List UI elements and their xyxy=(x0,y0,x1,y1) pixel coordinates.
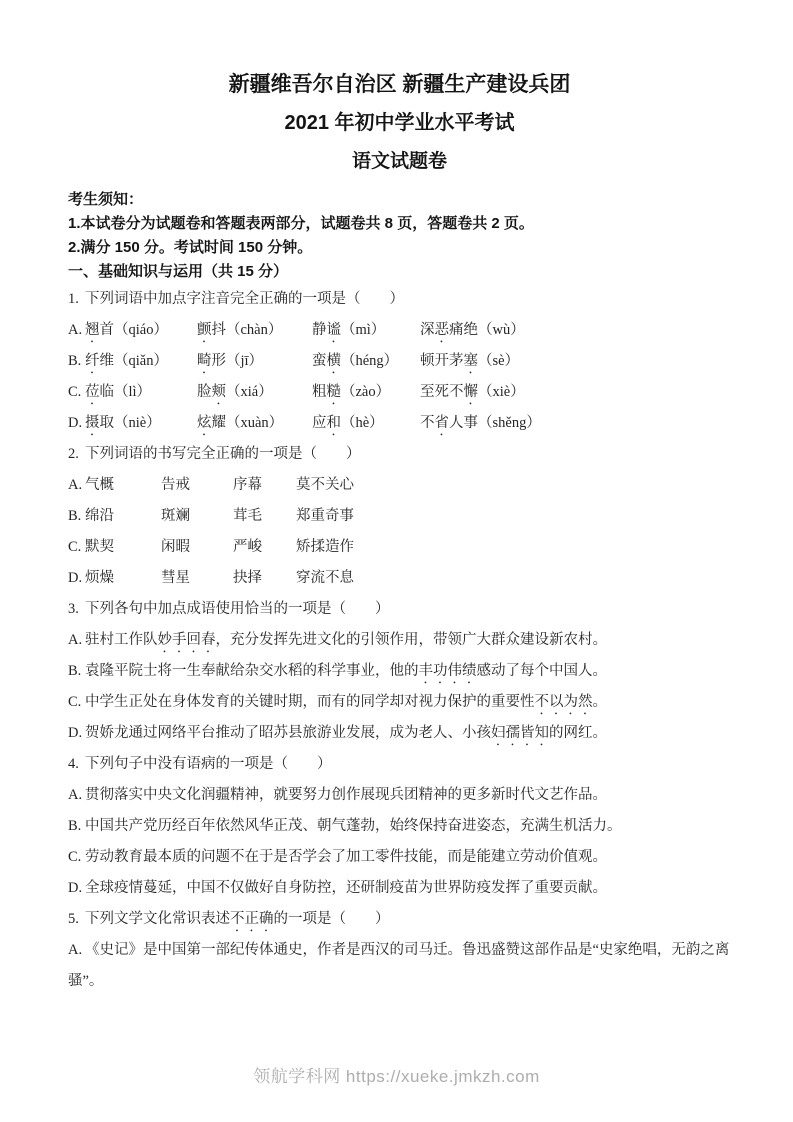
text-run: 的一项是（ ） xyxy=(274,911,390,927)
option-item: 气概 xyxy=(85,470,161,501)
option-item: 纤维（qiǎn） xyxy=(85,346,197,377)
option-item: 彗星 xyxy=(161,563,233,594)
question-stem: 2.下列词语的书写完全正确的一项是（ ） xyxy=(68,439,731,470)
text-run: 深 xyxy=(420,322,435,338)
option-row-C: C.中学生正处在身体发育的关键时期，而有的同学却对视力保护的重要性不以为然。 xyxy=(68,687,731,718)
option-item: 绵沿 xyxy=(85,501,161,532)
text-run: （xiè） xyxy=(478,384,525,400)
text-run: （xiá） xyxy=(226,384,273,400)
text-run: 静 xyxy=(312,322,327,338)
emphasized-text: 颊 xyxy=(212,384,227,400)
option-item: 翘首（qiáo） xyxy=(85,315,197,346)
option-items: 气概告戒序幕莫不关心 xyxy=(85,470,731,501)
text-run: 驻村工作队 xyxy=(85,632,158,648)
exam-header: 新疆维吾尔自治区 新疆生产建设兵团 2021 年初中学业水平考试 语文试题卷 xyxy=(68,66,731,182)
option-item: 告戒 xyxy=(161,470,233,501)
option-item: 静谧（mì） xyxy=(312,315,420,346)
text-run: 至死不 xyxy=(420,384,464,400)
emphasized-text: 丰功伟绩 xyxy=(419,663,477,679)
option-letter: B. xyxy=(68,501,85,532)
emphasized-text: 恶 xyxy=(435,322,450,338)
emphasized-text: 畸 xyxy=(197,353,212,369)
emphasized-text: 翘 xyxy=(85,322,100,338)
emphasized-text: 不以为然 xyxy=(535,694,593,710)
text-run: 莫不关心 xyxy=(296,477,354,493)
emphasized-text: 谧 xyxy=(327,322,342,338)
option-item: 穿流不息 xyxy=(296,563,731,594)
text-run: 告戒 xyxy=(161,477,190,493)
text-run: 下列文学文化常识表述 xyxy=(85,911,230,927)
emphasized-text: 懈 xyxy=(464,384,479,400)
text-run: 斑斓 xyxy=(161,508,190,524)
text-run: 《史记》是中国第一部纪传体通史，作者是西汉的司马迁。鲁迅盛赞这部作品是“史家绝唱… xyxy=(68,942,729,989)
text-run: 气概 xyxy=(85,477,114,493)
option-row-D: D.摄取（niè）炫耀（xuàn）应和（hè）不省人事（shěng） xyxy=(68,408,731,439)
text-run: 应 xyxy=(312,415,327,431)
question-stem: 1.下列词语中加点字注音完全正确的一项是（ ） xyxy=(68,284,731,315)
option-item: 茸毛 xyxy=(233,501,296,532)
text-run: 矫揉造作 xyxy=(296,539,354,555)
option-letter: C. xyxy=(68,687,85,718)
option-items: 摄取（niè）炫耀（xuàn）应和（hè）不省人事（shěng） xyxy=(85,408,731,439)
text-run: 茸毛 xyxy=(233,508,262,524)
text-run: 临（lì） xyxy=(100,384,152,400)
exam-title-line1: 新疆维吾尔自治区 新疆生产建设兵团 xyxy=(68,66,731,104)
text-run: （hè） xyxy=(341,415,384,431)
option-items: 纤维（qiǎn）畸形（jī）蛮横（héng）顿开茅塞（sè） xyxy=(85,346,731,377)
option-item: 应和（hè） xyxy=(312,408,420,439)
option-items: 翘首（qiáo）颤抖（chàn）静谧（mì）深恶痛绝（wù） xyxy=(85,315,731,346)
option-letter: D. xyxy=(68,873,85,904)
option-item: 莫不关心 xyxy=(296,470,731,501)
emphasized-text: 颤 xyxy=(197,322,212,338)
text-run: 绵沿 xyxy=(85,508,114,524)
option-row-C: C.莅临（lì）脸颊（xiá）粗糙（zào）至死不懈（xiè） xyxy=(68,377,731,408)
option-item: 脸颊（xiá） xyxy=(197,377,312,408)
option-row-C: C.默契闲暇严峻矫揉造作 xyxy=(68,532,731,563)
option-row-D: D.全球疫情蔓延，中国不仅做好自身防控，还研制疫苗为世界防疫发挥了重要贡献。 xyxy=(68,873,731,904)
question-number: 1. xyxy=(68,284,85,315)
emphasized-text: 摄 xyxy=(85,415,100,431)
emphasized-text: 糙 xyxy=(327,384,342,400)
text-run: 贯彻落实中央文化润疆精神，就要努力创作展现兵团精神的更多新时代文艺作品。 xyxy=(85,787,607,803)
option-item: 闲暇 xyxy=(161,532,233,563)
option-items: 烦燥彗星抉择穿流不息 xyxy=(85,563,731,594)
question-2: 2.下列词语的书写完全正确的一项是（ ）A.气概告戒序幕莫不关心B.绵沿斑斓茸毛… xyxy=(68,439,731,594)
option-letter: A. xyxy=(68,935,85,966)
text-run: （mì） xyxy=(341,322,385,338)
questions-list: 1.下列词语中加点字注音完全正确的一项是（ ）A.翘首（qiáo）颤抖（chàn… xyxy=(68,284,731,997)
emphasized-text: 炫 xyxy=(197,415,212,431)
option-letter: B. xyxy=(68,656,85,687)
option-item: 深恶痛绝（wù） xyxy=(420,315,731,346)
option-items: 默契闲暇严峻矫揉造作 xyxy=(85,532,731,563)
option-item: 严峻 xyxy=(233,532,296,563)
text-run: ，充分发挥先进文化的引领作用，带领广大群众建设新农村。 xyxy=(216,632,608,648)
exam-paper-page: 新疆维吾尔自治区 新疆生产建设兵团 2021 年初中学业水平考试 语文试题卷 考… xyxy=(0,0,793,1122)
option-item: 默契 xyxy=(85,532,161,563)
option-letter: D. xyxy=(68,718,85,749)
text-run: 人事（shěng） xyxy=(449,415,541,431)
option-row-C: C.劳动教育最本质的问题不在于是否学会了加工零件技能，而是能建立劳动价值观。 xyxy=(68,842,731,873)
option-row-B: B.纤维（qiǎn）畸形（jī）蛮横（héng）顿开茅塞（sè） xyxy=(68,346,731,377)
option-row-A: A.气概告戒序幕莫不关心 xyxy=(68,470,731,501)
text-run: 烦燥 xyxy=(85,570,114,586)
text-run: 下列词语的书写完全正确的一项是（ ） xyxy=(85,446,361,462)
option-letter: A. xyxy=(68,470,85,501)
question-number: 3. xyxy=(68,594,85,625)
option-item: 矫揉造作 xyxy=(296,532,731,563)
option-letter: A. xyxy=(68,315,85,346)
option-row-A: A.贯彻落实中央文化润疆精神，就要努力创作展现兵团精神的更多新时代文艺作品。 xyxy=(68,780,731,811)
text-run: 彗星 xyxy=(161,570,190,586)
question-stem: 4.下列句子中没有语病的一项是（ ） xyxy=(68,749,731,780)
text-run: 默契 xyxy=(85,539,114,555)
option-item: 至死不懈（xiè） xyxy=(420,377,731,408)
option-letter: A. xyxy=(68,780,85,811)
option-letter: B. xyxy=(68,811,85,842)
text-run: 郑重奇事 xyxy=(296,508,354,524)
watermark: 领航学科网 https://xueke.jmkzh.com xyxy=(0,1062,793,1087)
question-4: 4.下列句子中没有语病的一项是（ ）A.贯彻落实中央文化润疆精神，就要努力创作展… xyxy=(68,749,731,904)
text-run: 穿流不息 xyxy=(296,570,354,586)
question-stem: 3.下列各句中加点成语使用恰当的一项是（ ） xyxy=(68,594,731,625)
text-run: 劳动教育最本质的问题不在于是否学会了加工零件技能，而是能建立劳动价值观。 xyxy=(85,849,607,865)
notice-heading: 考生须知： xyxy=(68,188,731,212)
emphasized-text: 省 xyxy=(435,415,450,431)
question-stem: 5.下列文学文化常识表述不正确的一项是（ ） xyxy=(68,904,731,935)
option-row-A: A.《史记》是中国第一部纪传体通史，作者是西汉的司马迁。鲁迅盛赞这部作品是“史家… xyxy=(68,935,731,997)
option-item: 斑斓 xyxy=(161,501,233,532)
question-number: 5. xyxy=(68,904,85,935)
option-items: 莅临（lì）脸颊（xiá）粗糙（zào）至死不懈（xiè） xyxy=(85,377,731,408)
text-run: 闲暇 xyxy=(161,539,190,555)
option-letter: D. xyxy=(68,563,85,594)
text-run: 首（qiáo） xyxy=(100,322,168,338)
option-item: 粗糙（zào） xyxy=(312,377,420,408)
text-run: （sè） xyxy=(478,353,519,369)
emphasized-text: 不正确 xyxy=(230,911,274,927)
text-run: 。 xyxy=(593,694,608,710)
notice-item-2: 2.满分 150 分。考试时间 150 分钟。 xyxy=(68,236,731,260)
option-row-D: D.贺娇龙通过网络平台推动了昭苏县旅游业发展，成为老人、小孩妇孺皆知的网红。 xyxy=(68,718,731,749)
text-run: 袁隆平院士将一生奉献给杂交水稻的科学事业，他的 xyxy=(85,663,419,679)
emphasized-text: 莅 xyxy=(85,384,100,400)
option-row-A: A.驻村工作队妙手回春，充分发挥先进文化的引领作用，带领广大群众建设新农村。 xyxy=(68,625,731,656)
option-row-B: B.绵沿斑斓茸毛郑重奇事 xyxy=(68,501,731,532)
text-run: 脸 xyxy=(197,384,212,400)
option-letter: A. xyxy=(68,625,85,656)
option-item: 颤抖（chàn） xyxy=(197,315,312,346)
text-run: 形（jī） xyxy=(212,353,264,369)
text-run: 严峻 xyxy=(233,539,262,555)
text-run: 取（niè） xyxy=(100,415,161,431)
text-run: 感动了每个中国人。 xyxy=(477,663,608,679)
text-run: 粗 xyxy=(312,384,327,400)
exam-title-line2: 2021 年初中学业水平考试 xyxy=(68,104,731,142)
option-row-B: B.袁隆平院士将一生奉献给杂交水稻的科学事业，他的丰功伟绩感动了每个中国人。 xyxy=(68,656,731,687)
option-item: 抉择 xyxy=(233,563,296,594)
option-letter: D. xyxy=(68,408,85,439)
option-item: 顿开茅塞（sè） xyxy=(420,346,731,377)
option-item: 畸形（jī） xyxy=(197,346,312,377)
option-row-D: D.烦燥彗星抉择穿流不息 xyxy=(68,563,731,594)
option-item: 炫耀（xuàn） xyxy=(197,408,312,439)
option-letter: B. xyxy=(68,346,85,377)
option-item: 蛮横（héng） xyxy=(312,346,420,377)
question-number: 4. xyxy=(68,749,85,780)
text-run: 不 xyxy=(420,415,435,431)
text-run: 贺娇龙通过网络平台推动了昭苏县旅游业发展，成为老人、小孩 xyxy=(85,725,491,741)
text-run: 下列句子中没有语病的一项是（ ） xyxy=(85,756,332,772)
text-run: 的网红。 xyxy=(549,725,607,741)
text-run: 维（qiǎn） xyxy=(100,353,168,369)
question-1: 1.下列词语中加点字注音完全正确的一项是（ ）A.翘首（qiáo）颤抖（chàn… xyxy=(68,284,731,439)
exam-title-line3: 语文试题卷 xyxy=(68,142,731,182)
text-run: （héng） xyxy=(341,353,398,369)
text-run: 蛮 xyxy=(312,353,327,369)
option-item: 摄取（niè） xyxy=(85,408,197,439)
option-item: 莅临（lì） xyxy=(85,377,197,408)
text-run: 中学生正处在身体发育的关键时期，而有的同学却对视力保护的重要性 xyxy=(85,694,535,710)
candidate-notice-block: 考生须知： 1.本试卷分为试题卷和答题表两部分，试题卷共 8 页，答题卷共 2 … xyxy=(68,188,731,284)
text-run: 下列各句中加点成语使用恰当的一项是（ ） xyxy=(85,601,390,617)
text-run: 顿开茅 xyxy=(420,353,464,369)
option-item: 序幕 xyxy=(233,470,296,501)
option-row-B: B.中国共产党历经百年依然风华正茂、朝气蓬勃，始终保持奋进姿态，充满生机活力。 xyxy=(68,811,731,842)
notice-item-1: 1.本试卷分为试题卷和答题表两部分，试题卷共 8 页，答题卷共 2 页。 xyxy=(68,212,731,236)
emphasized-text: 塞 xyxy=(464,353,479,369)
emphasized-text: 横 xyxy=(327,353,342,369)
text-run: 下列词语中加点字注音完全正确的一项是（ ） xyxy=(85,291,404,307)
text-run: 抉择 xyxy=(233,570,262,586)
question-3: 3.下列各句中加点成语使用恰当的一项是（ ）A.驻村工作队妙手回春，充分发挥先进… xyxy=(68,594,731,749)
text-run: 中国共产党历经百年依然风华正茂、朝气蓬勃，始终保持奋进姿态，充满生机活力。 xyxy=(85,818,622,834)
option-row-A: A.翘首（qiáo）颤抖（chàn）静谧（mì）深恶痛绝（wù） xyxy=(68,315,731,346)
option-item: 烦燥 xyxy=(85,563,161,594)
text-run: 全球疫情蔓延，中国不仅做好自身防控，还研制疫苗为世界防疫发挥了重要贡献。 xyxy=(85,880,607,896)
option-item: 郑重奇事 xyxy=(296,501,731,532)
question-number: 2. xyxy=(68,439,85,470)
text-run: 耀（xuàn） xyxy=(212,415,284,431)
text-run: 抖（chàn） xyxy=(212,322,283,338)
emphasized-text: 和 xyxy=(327,415,342,431)
question-5: 5.下列文学文化常识表述不正确的一项是（ ）A.《史记》是中国第一部纪传体通史，… xyxy=(68,904,731,997)
option-letter: C. xyxy=(68,842,85,873)
option-item: 不省人事（shěng） xyxy=(420,408,731,439)
option-letter: C. xyxy=(68,377,85,408)
section-heading: 一、基础知识与运用（共 15 分） xyxy=(68,260,731,284)
emphasized-text: 纤 xyxy=(85,353,100,369)
option-items: 绵沿斑斓茸毛郑重奇事 xyxy=(85,501,731,532)
emphasized-text: 妙手回春 xyxy=(158,632,216,648)
emphasized-text: 妇孺皆知 xyxy=(491,725,549,741)
text-run: 序幕 xyxy=(233,477,262,493)
option-letter: C. xyxy=(68,532,85,563)
text-run: （zào） xyxy=(341,384,390,400)
text-run: 痛绝（wù） xyxy=(449,322,525,338)
